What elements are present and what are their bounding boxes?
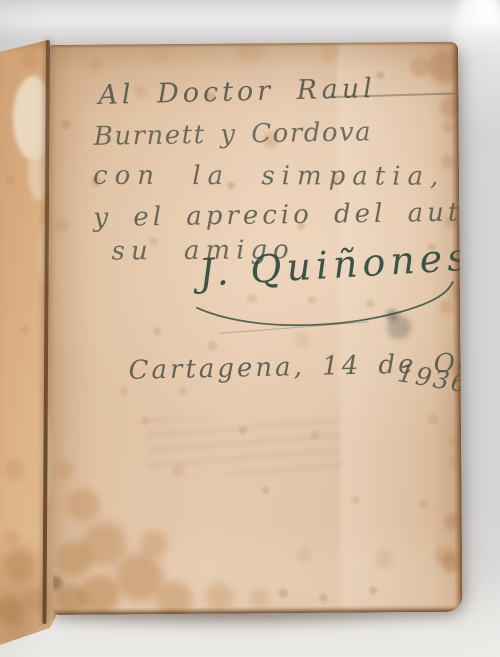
signature-flourish-icon xyxy=(189,270,461,336)
inscription-line-4: y el aprecio del autor, xyxy=(93,197,462,233)
foxing-spot xyxy=(121,387,129,395)
foxing-spot xyxy=(153,327,161,335)
foxing-spot xyxy=(53,460,73,480)
foxing-spot xyxy=(420,500,428,508)
foxing-spot xyxy=(61,120,71,130)
foxing-spot xyxy=(319,594,327,602)
foxing-spot xyxy=(4,549,36,581)
foxing-spot xyxy=(88,58,102,72)
foxing-spot xyxy=(352,496,360,504)
foxing-spot xyxy=(21,326,29,334)
photo-of-open-book: Al Doctor Raul Burnett y Cordova con la … xyxy=(0,0,500,657)
light-glare xyxy=(452,0,500,140)
foxing-spot xyxy=(295,333,309,347)
foxing-spot xyxy=(5,460,25,480)
foxing-spot xyxy=(369,586,377,594)
foxing-spot xyxy=(21,51,39,69)
foxing-spot xyxy=(428,414,438,424)
foxing-spot xyxy=(56,542,92,578)
foxing-spot xyxy=(278,588,288,598)
foxing-spot xyxy=(67,489,99,521)
foxing-spot xyxy=(376,71,384,79)
foxing-spot xyxy=(179,387,187,395)
foxing-spot xyxy=(54,218,68,232)
foxing-spot xyxy=(5,175,15,185)
foxing-spot xyxy=(0,596,22,624)
foxing-spot xyxy=(140,530,168,558)
foxing-spot xyxy=(207,341,217,351)
foxing-spot xyxy=(297,548,311,562)
foxing-spot xyxy=(4,530,20,546)
book-flyleaf-page: Al Doctor Raul Burnett y Cordova con la … xyxy=(49,42,462,615)
show-through-text xyxy=(146,413,342,476)
inscription-line-1: Al Doctor Raul xyxy=(98,73,376,111)
foxing-spot xyxy=(261,486,269,494)
foxing-spot xyxy=(375,550,393,568)
inscription-line-2: Burnett y Cordova xyxy=(93,117,372,152)
inscription-line-3: con la simpatia, xyxy=(93,161,445,192)
